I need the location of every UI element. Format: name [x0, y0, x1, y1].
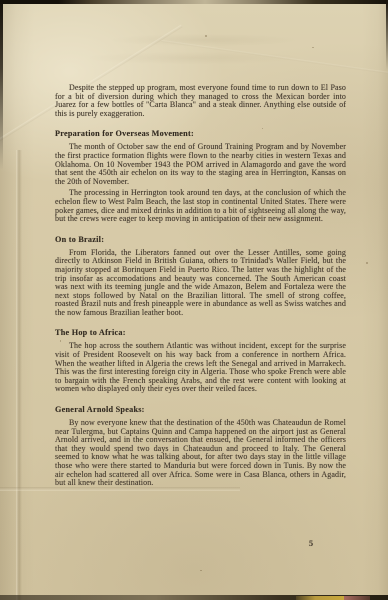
intro-paragraph: Despite the stepped up program, most eve…: [55, 84, 346, 118]
paragraph: From Florida, the Liberators fanned out …: [55, 249, 346, 318]
foxing-speck: [366, 262, 368, 264]
section-on-to-brazil: On to Brazil: From Florida, the Liberato…: [55, 235, 346, 318]
paragraph: The month of October saw the end of Grou…: [55, 143, 346, 186]
section-heading-africa: The Hop to Africa:: [55, 328, 346, 337]
section-general-arnold: General Arnold Speaks: By now everyone k…: [55, 405, 346, 488]
document-text: Despite the stepped up program, most eve…: [55, 84, 346, 491]
foxing-speck: [312, 47, 314, 48]
scan-edge-top: [0, 0, 388, 4]
section-heading-overseas: Preparation for Overseas Movement:: [55, 129, 346, 138]
page-number: 5: [303, 538, 319, 548]
foxing-speck: [200, 570, 202, 571]
section-hop-to-africa: The Hop to Africa: The hop across the so…: [55, 328, 346, 394]
section-heading-arnold: General Arnold Speaks:: [55, 405, 346, 414]
paper-fold-line: [16, 150, 22, 600]
foxing-speck: [205, 35, 207, 37]
underlying-page-sliver: [296, 596, 344, 600]
scanned-page: Despite the stepped up program, most eve…: [0, 0, 388, 600]
paragraph: By now everyone knew that the destinatio…: [55, 419, 346, 488]
paragraph: The hop across the southern Atlantic was…: [55, 342, 346, 394]
scan-edge-left: [0, 0, 3, 170]
paragraph: The processing in Herrington took around…: [55, 189, 346, 223]
section-overseas-movement: Preparation for Overseas Movement: The m…: [55, 129, 346, 223]
underlying-page-sliver: [344, 596, 370, 600]
section-heading-brazil: On to Brazil:: [55, 235, 346, 244]
